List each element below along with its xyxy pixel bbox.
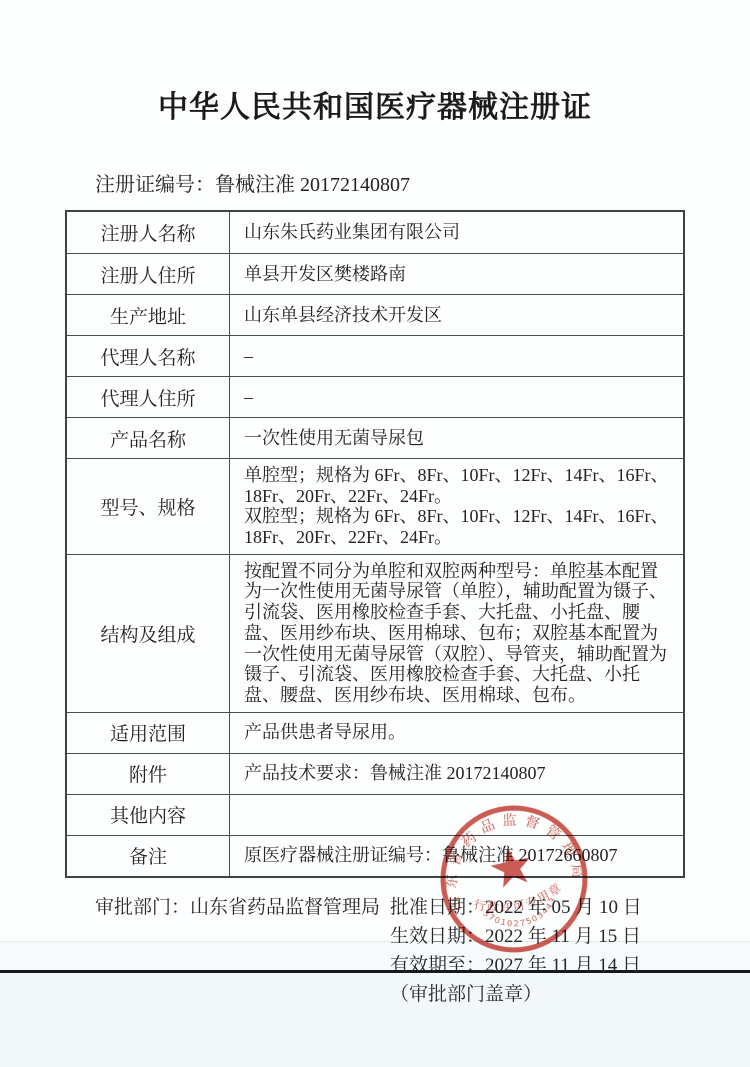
row-label-cell: 代理人名称 (67, 336, 230, 376)
row-label-cell: 其他内容 (67, 795, 230, 835)
row-label-cell: 代理人住所 (67, 377, 230, 417)
table-row: 备注 原医疗器械注册证编号：鲁械注准 20172660807 (67, 835, 683, 876)
row-label-cell: 注册人住所 (67, 254, 230, 294)
table-row: 型号、规格 单腔型；规格为 6Fr、8Fr、10Fr、12Fr、14Fr、16F… (67, 458, 683, 554)
table-row: 注册人住所 单县开发区樊楼路南 (67, 253, 683, 294)
table-row: 产品名称 一次性使用无菌导尿包 (67, 417, 683, 458)
row-label-cell: 备注 (67, 836, 230, 876)
row-value-cell: – (230, 336, 683, 376)
registration-number-line: 注册证编号：鲁械注准 20172140807 (95, 168, 685, 197)
seal-note: （审批部门盖章） (390, 980, 685, 1009)
table-row: 附件 产品技术要求：鲁械注准 20172140807 (67, 753, 683, 794)
approval-department-line: 审批部门：山东省药品监督管理局 (65, 893, 380, 1009)
table-row: 适用范围 产品供患者导尿用。 (67, 712, 683, 753)
row-label-cell: 附件 (67, 754, 230, 794)
certificate-title: 中华人民共和国医疗器械注册证 (65, 82, 685, 126)
row-label-cell: 产品名称 (67, 418, 230, 458)
row-value-cell: 按配置不同分为单腔和双腔两种型号：单腔基本配置为一次性使用无菌导尿管（单腔），辅… (230, 555, 683, 712)
official-seal: 山东省药品监督管理局 行政许可专用章 3701027503443 (424, 789, 604, 969)
row-value-cell: 产品供患者导尿用。 (230, 713, 683, 753)
registration-table: 注册人名称 山东朱氏药业集团有限公司 注册人住所 单县开发区樊楼路南 生产地址 … (65, 210, 685, 878)
page-bottom-edge (0, 970, 750, 973)
table-row: 结构及组成 按配置不同分为单腔和双腔两种型号：单腔基本配置为一次性使用无菌导尿管… (67, 554, 683, 712)
table-row: 代理人住所 – (67, 376, 683, 417)
table-row: 其他内容 (67, 794, 683, 835)
row-label-cell: 适用范围 (67, 713, 230, 753)
row-value-cell: 单腔型；规格为 6Fr、8Fr、10Fr、12Fr、14Fr、16Fr、18Fr… (230, 459, 683, 554)
registration-number-value: 鲁械注准 20172140807 (215, 174, 410, 196)
row-value-cell: 单县开发区樊楼路南 (230, 254, 683, 294)
approval-department-label: 审批部门： (95, 897, 190, 918)
row-label-cell: 注册人名称 (67, 212, 230, 253)
date-line: 有效期至：2027 年 11 月 14 日 (390, 951, 685, 980)
table-row: 代理人名称 – (67, 335, 683, 376)
row-value-cell: 山东单县经济技术开发区 (230, 295, 683, 335)
row-value-cell: 一次性使用无菌导尿包 (230, 418, 683, 458)
row-value-cell: 产品技术要求：鲁械注准 20172140807 (230, 754, 683, 794)
table-row: 注册人名称 山东朱氏药业集团有限公司 (67, 212, 683, 253)
row-label-cell: 结构及组成 (67, 555, 230, 712)
row-label-cell: 生产地址 (67, 295, 230, 335)
seal-star-icon (487, 843, 535, 889)
table-row: 生产地址 山东单县经济技术开发区 (67, 294, 683, 335)
approval-department-value: 山东省药品监督管理局 (190, 897, 380, 918)
registration-number-label: 注册证编号： (95, 174, 215, 196)
row-label-cell: 型号、规格 (67, 459, 230, 554)
row-value-cell: 山东朱氏药业集团有限公司 (230, 212, 683, 253)
certificate-page: 中华人民共和国医疗器械注册证 注册证编号：鲁械注准 20172140807 注册… (0, 0, 750, 1067)
row-value-cell: – (230, 377, 683, 417)
